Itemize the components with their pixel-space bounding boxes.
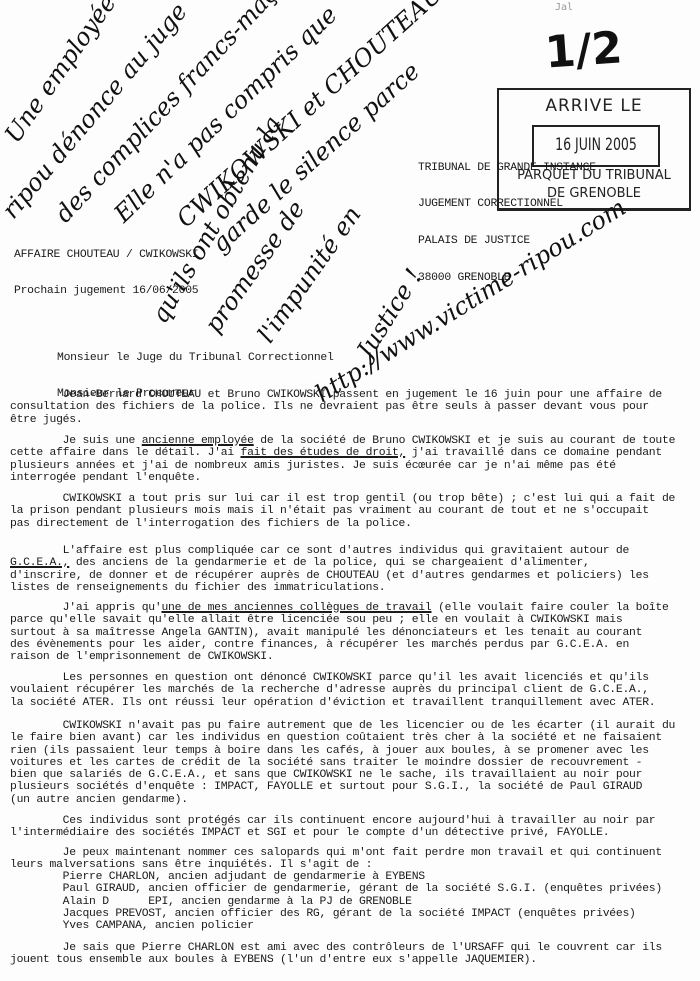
text-line: leurs malversations sans être inquiétés.… (10, 859, 695, 871)
text-line: interrogée pendant l'enquête. (10, 472, 695, 484)
text-line: voitures et les cartes de crédit de la s… (10, 757, 695, 769)
text-line: plusieurs sociétés d'enquête : IMPACT, F… (10, 781, 695, 793)
underlined-text: fait des études de droit, (241, 447, 406, 459)
text-line: le faire bien avant) car les individus e… (10, 732, 695, 744)
text-line: la société ATER. Ils ont réussi leur opé… (10, 697, 695, 709)
paragraph-8: Ces individus sont protégés car ils cont… (10, 815, 695, 840)
text-line: listes de renseignements du fichier des … (10, 582, 695, 594)
list-item: Pierre CHARLON, ancien adjudant de genda… (10, 871, 695, 883)
list-item: Alain D EPI, ancien gendarme à la PJ de … (10, 896, 695, 908)
text-line: raison de l'emprisonnement de CWIKOWSKI. (10, 651, 695, 663)
text-line: jouent tous ensemble aux boules à EYBENS… (10, 954, 695, 966)
text-line: parce qu'elle savait qu'elle allait être… (10, 614, 695, 626)
stamp-title: ARRIVE LE (499, 96, 689, 116)
list-item: Jacques PREVOST, ancien officier des RG,… (10, 908, 695, 920)
case-title: AFFAIRE CHOUTEAU / CWIKOWSKI (14, 249, 198, 261)
paragraph-5: J'ai appris qu'une de mes anciennes coll… (10, 602, 695, 663)
text-line: bien que salariés de G.C.E.A., et sans q… (10, 769, 695, 781)
text-line: pas directement de l'interrogation des f… (10, 518, 695, 530)
text-line: des évènements pour les aider, contre fi… (10, 639, 695, 651)
address-line: JUGEMENT CORRECTIONNEL (418, 198, 596, 210)
paragraph-4: L'affaire est plus compliquée car ce son… (10, 545, 695, 594)
underlined-text: ancienne employée (142, 435, 254, 447)
text-line: consultation des fichiers de la police. … (10, 401, 695, 413)
paragraph-6: Les personnes en question ont dénoncé CW… (10, 672, 695, 709)
text-line: (un autre ancien gendarme). (10, 794, 695, 806)
header-marks: Jal (555, 2, 573, 13)
text-line: CWIKOWSKI a tout pris sur lui car il est… (10, 493, 695, 505)
text-line: CWIKOWSKI n'avait pas pu faire autrement… (10, 720, 695, 732)
text-line: surtout à sa maîtresse Angela GANTIN), a… (10, 627, 695, 639)
text-line: plusieurs années et j'ai de nombreux ami… (10, 460, 695, 472)
page-number: 1/2 (543, 22, 624, 78)
text-line: Jean-Bernard CHOUTEAU et Bruno CWIKOWSKI… (10, 389, 695, 401)
scanned-letter-page: Jal 1/2 ARRIVE LE 16 JUIN 2005 PARQUET D… (0, 0, 700, 981)
text-line: Je peux maintenant nommer ces salopards … (10, 847, 695, 859)
text-line: Ces individus sont protégés car ils cont… (10, 815, 695, 827)
text-line: d'inscrire, de donner et de récupérer au… (10, 570, 695, 582)
text-line: être jugés. (10, 414, 695, 426)
underlined-text: G.C.E.A., (10, 557, 69, 569)
list-item: Paul GIRAUD, ancien officier de gendarme… (10, 883, 695, 895)
list-item: Yves CAMPANA, ancien policier (10, 920, 695, 932)
recipient-line: Monsieur le Juge du Tribunal Correctionn… (57, 352, 334, 364)
text-line: la prison pendant plusieurs mois mais il… (10, 505, 695, 517)
paragraph-1: Jean-Bernard CHOUTEAU et Bruno CWIKOWSKI… (10, 389, 695, 426)
text-line: voulaient récupérer les marchés de la re… (10, 684, 695, 696)
paragraph-9: Je peux maintenant nommer ces salopards … (10, 847, 695, 872)
paragraph-2: Je suis une ancienne employée de la soci… (10, 435, 695, 484)
text-line: l'intermédiaire des sociétés IMPACT et S… (10, 827, 695, 839)
address-line: TRIBUNAL DE GRANDE INSTANCE (418, 162, 596, 174)
paragraph-3: CWIKOWSKI a tout pris sur lui car il est… (10, 493, 695, 530)
text-line: Les personnes en question ont dénoncé CW… (10, 672, 695, 684)
underlined-text: une de mes anciennes collègues de travai… (161, 602, 431, 614)
paragraph-7: CWIKOWSKI n'avait pas pu faire autrement… (10, 720, 695, 806)
paragraph-10: Je sais que Pierre CHARLON est ami avec … (10, 942, 695, 967)
names-list: Pierre CHARLON, ancien adjudant de genda… (10, 871, 695, 932)
text-line: rien (ils passaient leur temps à boire d… (10, 745, 695, 757)
text-line: Je sais que Pierre CHARLON est ami avec … (10, 942, 695, 954)
text-line: L'affaire est plus compliquée car ce son… (10, 545, 695, 557)
